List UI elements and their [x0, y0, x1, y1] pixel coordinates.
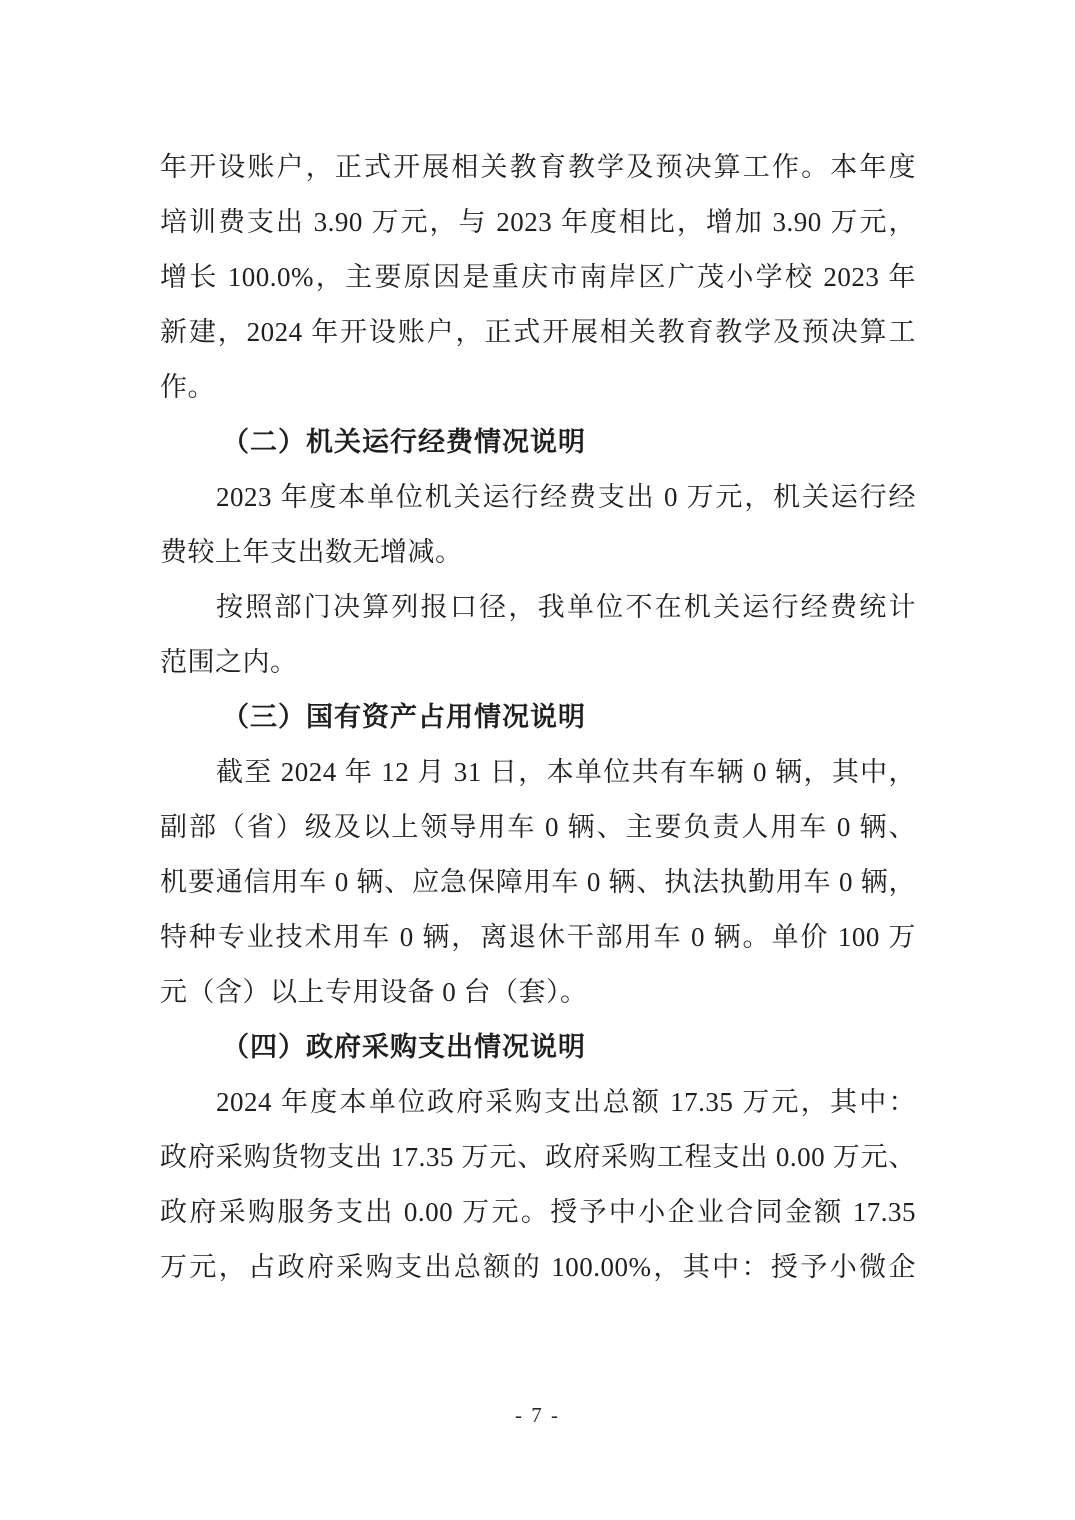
text-line: 机要通信用车 0 辆、应急保障用车 0 辆、执法执勤用车 0 辆，	[160, 855, 916, 910]
text-line: 增长 100.0%，主要原因是重庆市南岸区广茂小学校 2023 年	[160, 250, 916, 305]
document-page: 年开设账户，正式开展相关教育教学及预决算工作。本年度 培训费支出 3.90 万元…	[0, 0, 1075, 1520]
text-line: 万元，占政府采购支出总额的 100.00%，其中：授予小微企	[160, 1240, 916, 1295]
text-line: 截至 2024 年 12 月 31 日，本单位共有车辆 0 辆，其中，	[160, 745, 916, 800]
text-line: 特种专业技术用车 0 辆，离退休干部用车 0 辆。单价 100 万	[160, 910, 916, 965]
text-line: 按照部门决算列报口径，我单位不在机关运行经费统计	[160, 580, 916, 635]
paragraph: 按照部门决算列报口径，我单位不在机关运行经费统计 范围之内。	[160, 580, 916, 690]
document-body: 年开设账户，正式开展相关教育教学及预决算工作。本年度 培训费支出 3.90 万元…	[160, 140, 916, 1295]
paragraph: 截至 2024 年 12 月 31 日，本单位共有车辆 0 辆，其中， 副部（省…	[160, 745, 916, 1020]
text-line: 年开设账户，正式开展相关教育教学及预决算工作。本年度	[160, 140, 916, 195]
paragraph: 2023 年度本单位机关运行经费支出 0 万元，机关运行经 费较上年支出数无增减…	[160, 470, 916, 580]
paragraph-continued: 年开设账户，正式开展相关教育教学及预决算工作。本年度 培训费支出 3.90 万元…	[160, 140, 916, 415]
text-line: 元（含）以上专用设备 0 台（套）。	[160, 965, 916, 1020]
text-line: 范围之内。	[160, 635, 916, 690]
text-line: 2023 年度本单位机关运行经费支出 0 万元，机关运行经	[160, 470, 916, 525]
text-line: 2024 年度本单位政府采购支出总额 17.35 万元，其中：	[160, 1075, 916, 1130]
page-number: - 7 -	[0, 1403, 1075, 1428]
text-line: 新建，2024 年开设账户，正式开展相关教育教学及预决算工	[160, 305, 916, 360]
section-heading-3: （三）国有资产占用情况说明	[160, 690, 916, 745]
section-heading-4: （四）政府采购支出情况说明	[160, 1020, 916, 1075]
text-line: 费较上年支出数无增减。	[160, 525, 916, 580]
text-line: 培训费支出 3.90 万元，与 2023 年度相比，增加 3.90 万元，	[160, 195, 916, 250]
text-line: 政府采购服务支出 0.00 万元。授予中小企业合同金额 17.35	[160, 1185, 916, 1240]
text-line: 作。	[160, 360, 916, 415]
text-line: 副部（省）级及以上领导用车 0 辆、主要负责人用车 0 辆、	[160, 800, 916, 855]
text-line: 政府采购货物支出 17.35 万元、政府采购工程支出 0.00 万元、	[160, 1130, 916, 1185]
paragraph: 2024 年度本单位政府采购支出总额 17.35 万元，其中： 政府采购货物支出…	[160, 1075, 916, 1295]
section-heading-2: （二）机关运行经费情况说明	[160, 415, 916, 470]
